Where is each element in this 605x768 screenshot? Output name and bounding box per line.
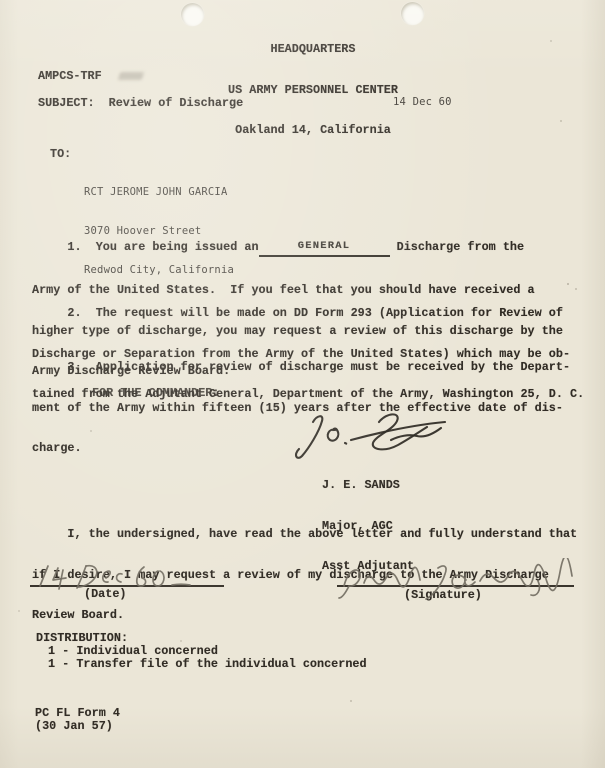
document-page: HEADQUARTERS US ARMY PERSONNEL CENTER Oa… (0, 0, 605, 768)
discharge-type-blank: GENERAL (259, 243, 390, 257)
distribution-item-2: 1 - Transfer file of the individual conc… (48, 658, 367, 672)
letterhead: HEADQUARTERS US ARMY PERSONNEL CENTER Oa… (163, 16, 463, 165)
ack-line3: Review Board. (32, 609, 577, 623)
para1-line1: 1. You are being issued anGENERAL Discha… (32, 241, 563, 257)
para1-line1-pre: 1. You are being issued an (32, 240, 259, 254)
ack-line1: I, the undersigned, have read the above … (32, 528, 577, 542)
letterhead-line-1: HEADQUARTERS (163, 43, 463, 57)
addressee-name: RCT JEROME JOHN GARCIA (84, 186, 234, 199)
sands-signature-text: J. E. Sands (0, 0, 1, 1)
letter-date: 14 Dec 60 (393, 96, 452, 109)
signer-name: J. E. SANDS (322, 479, 414, 493)
subject-label: SUBJECT: (38, 96, 95, 110)
letterhead-line-3: Oakland 14, California (163, 124, 463, 138)
letterhead-line-2: US ARMY PERSONNEL CENTER (163, 84, 463, 98)
para2-line1: 2. The request will be made on DD Form 2… (32, 307, 584, 321)
subject-line: SUBJECT:Review of Discharge (38, 97, 243, 111)
paper-specks (30, 280, 32, 282)
para1-line1-post: Discharge from the (390, 240, 525, 254)
to-label: TO: (50, 148, 71, 162)
garcia-signature-text: Jerome J Garcia (0, 0, 1, 1)
for-the-commander: FOR THE COMMANDER: (92, 387, 219, 401)
discharge-type-value: GENERAL (298, 240, 351, 254)
subject-text: Review of Discharge (109, 96, 244, 110)
handwritten-date-text: 14 Dec 60 (0, 0, 1, 1)
form-date: (30 Jan 57) (35, 720, 113, 734)
office-symbol: AMPCS-TRF (38, 70, 102, 84)
stamp-smudge (118, 72, 144, 80)
garcia-signature-script (334, 558, 578, 600)
para3-line1: 3. Application for review of discharge m… (32, 361, 570, 375)
handwritten-date-script (30, 562, 205, 592)
